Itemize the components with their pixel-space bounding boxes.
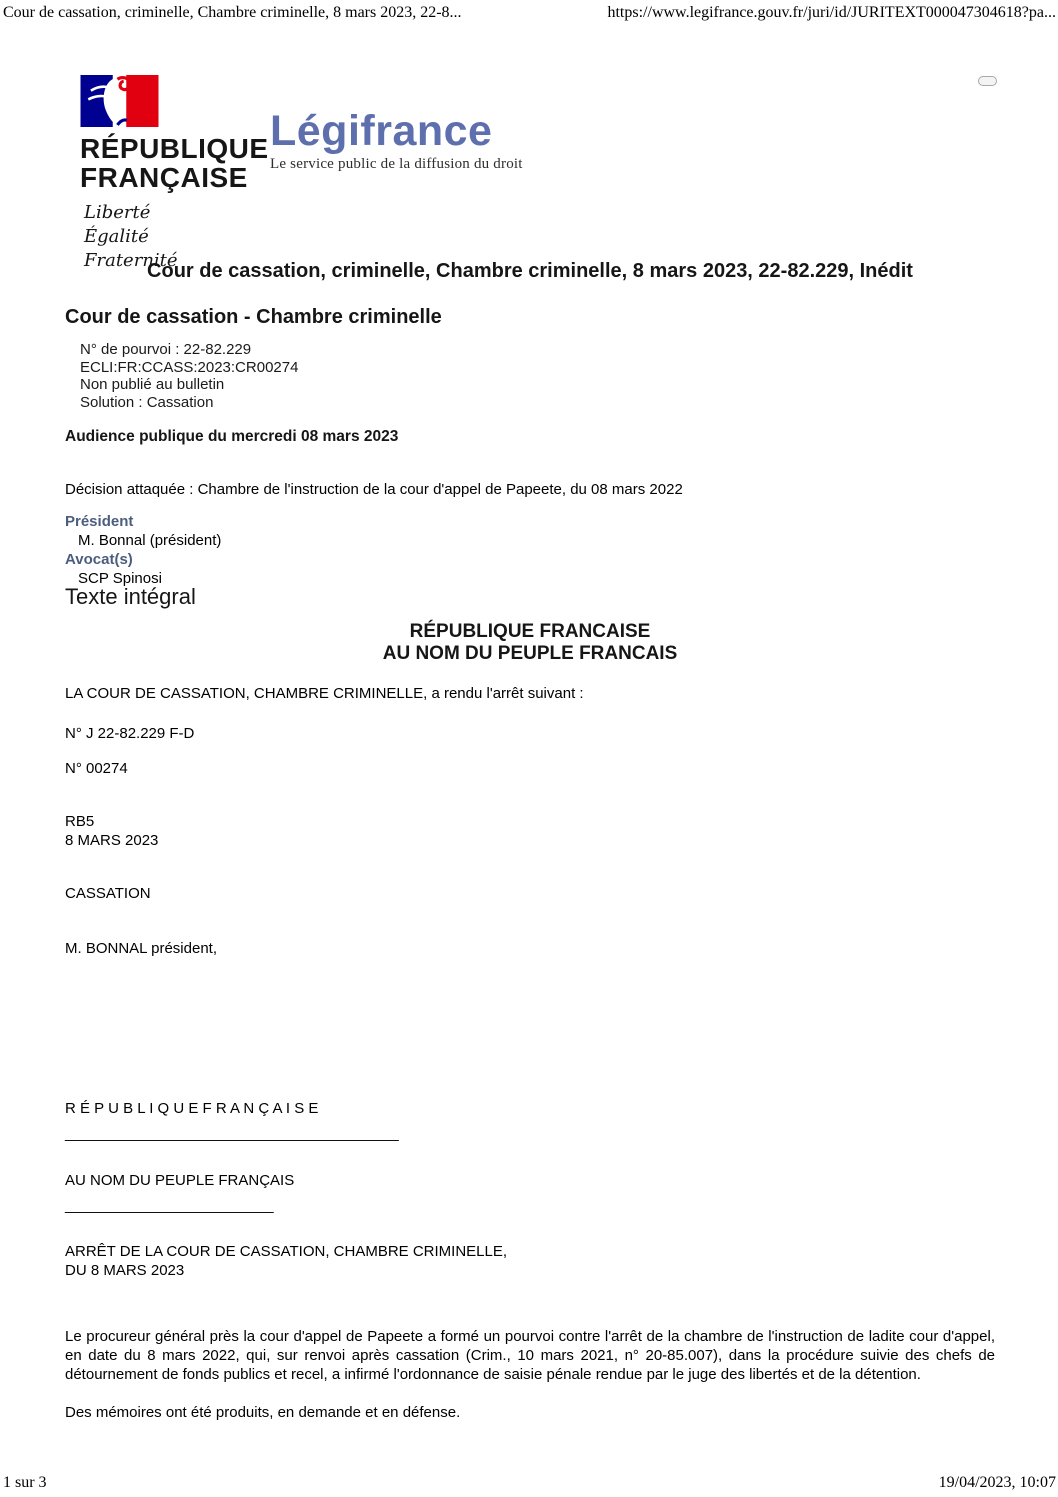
paragraph-memoires: Des mémoires ont été produits, en demand… <box>65 1403 995 1422</box>
judgment-header: RÉPUBLIQUE FRANCAISE AU NOM DU PEUPLE FR… <box>65 618 995 665</box>
publication-status: Non publié au bulletin <box>80 376 298 394</box>
paragraph-cassation: CASSATION <box>65 884 995 903</box>
page-count: 1 sur 3 <box>3 1474 47 1492</box>
president-name: M. Bonnal (président) <box>65 531 221 550</box>
legifrance-wordmark: Légifrance <box>270 108 523 154</box>
paragraph-numero-j: N° J 22-82.229 F-D <box>65 724 995 743</box>
texte-integral-heading: Texte intégral <box>65 584 196 610</box>
president-label: Président <box>65 512 221 531</box>
motto-liberte: Liberté <box>84 201 269 225</box>
print-header-url: https://www.legifrance.gouv.fr/juri/id/J… <box>607 4 1056 22</box>
document-subtitle: Cour de cassation - Chambre criminelle <box>65 306 442 329</box>
arret-line2: DU 8 MARS 2023 <box>65 1262 184 1279</box>
arret-line1: ARRÊT DE LA COUR DE CASSATION, CHAMBRE C… <box>65 1243 507 1260</box>
separator-rule-2: _________________________ <box>65 1196 995 1215</box>
paragraph-republique-spaced: R É P U B L I Q U E F R A N Ç A I S E <box>65 1099 995 1118</box>
judgment-header-line1: RÉPUBLIQUE FRANCAISE <box>65 621 995 643</box>
document-title: Cour de cassation, criminelle, Chambre c… <box>65 260 995 283</box>
solution: Solution : Cassation <box>80 394 298 412</box>
audience-date: Audience publique du mercredi 08 mars 20… <box>65 428 398 446</box>
republique-wordmark: RÉPUBLIQUE FRANÇAISE <box>80 134 269 192</box>
legifrance-logo: Légifrance Le service public de la diffu… <box>270 108 523 173</box>
rb-code: RB5 <box>65 813 94 830</box>
french-flag-marianne-icon <box>80 75 159 127</box>
separator-rule-1: ________________________________________ <box>65 1124 995 1143</box>
print-header: Cour de cassation, criminelle, Chambre c… <box>3 4 1056 22</box>
print-header-title: Cour de cassation, criminelle, Chambre c… <box>3 4 462 22</box>
case-metadata: N° de pourvoi : 22-82.229 ECLI:FR:CCASS:… <box>80 341 298 411</box>
judgment-header-line2: AU NOM DU PEUPLE FRANCAIS <box>65 643 995 665</box>
paragraph-president: M. BONNAL président, <box>65 939 995 958</box>
decision-attaquee: Décision attaquée : Chambre de l'instruc… <box>65 481 683 498</box>
print-footer: 1 sur 3 19/04/2023, 10:07 <box>3 1474 1056 1492</box>
paragraph-au-nom: AU NOM DU PEUPLE FRANÇAIS <box>65 1171 995 1190</box>
avocats-label: Avocat(s) <box>65 550 221 569</box>
judgment-body: RÉPUBLIQUE FRANCAISE AU NOM DU PEUPLE FR… <box>65 618 995 1422</box>
court-people: Président M. Bonnal (président) Avocat(s… <box>65 512 221 588</box>
ecli-number: ECLI:FR:CCASS:2023:CR00274 <box>80 359 298 377</box>
paragraph-arret: ARRÊT DE LA COUR DE CASSATION, CHAMBRE C… <box>65 1242 995 1280</box>
legifrance-tagline: Le service public de la diffusion du dro… <box>270 156 523 173</box>
paragraph-pourvoi: Le procureur général près la cour d'appe… <box>65 1327 995 1384</box>
arret-date: 8 MARS 2023 <box>65 832 158 849</box>
page-widget-pill[interactable] <box>978 76 997 86</box>
republique-francaise-logo: RÉPUBLIQUE FRANÇAISE Liberté Égalité Fra… <box>80 75 269 273</box>
paragraph-numero: N° 00274 <box>65 759 995 778</box>
motto-egalite: Égalité <box>84 225 269 249</box>
print-datetime: 19/04/2023, 10:07 <box>939 1474 1056 1492</box>
paragraph-intro: LA COUR DE CASSATION, CHAMBRE CRIMINELLE… <box>65 684 995 703</box>
paragraph-rb-date: RB5 8 MARS 2023 <box>65 812 995 850</box>
pourvoi-number: N° de pourvoi : 22-82.229 <box>80 341 298 359</box>
